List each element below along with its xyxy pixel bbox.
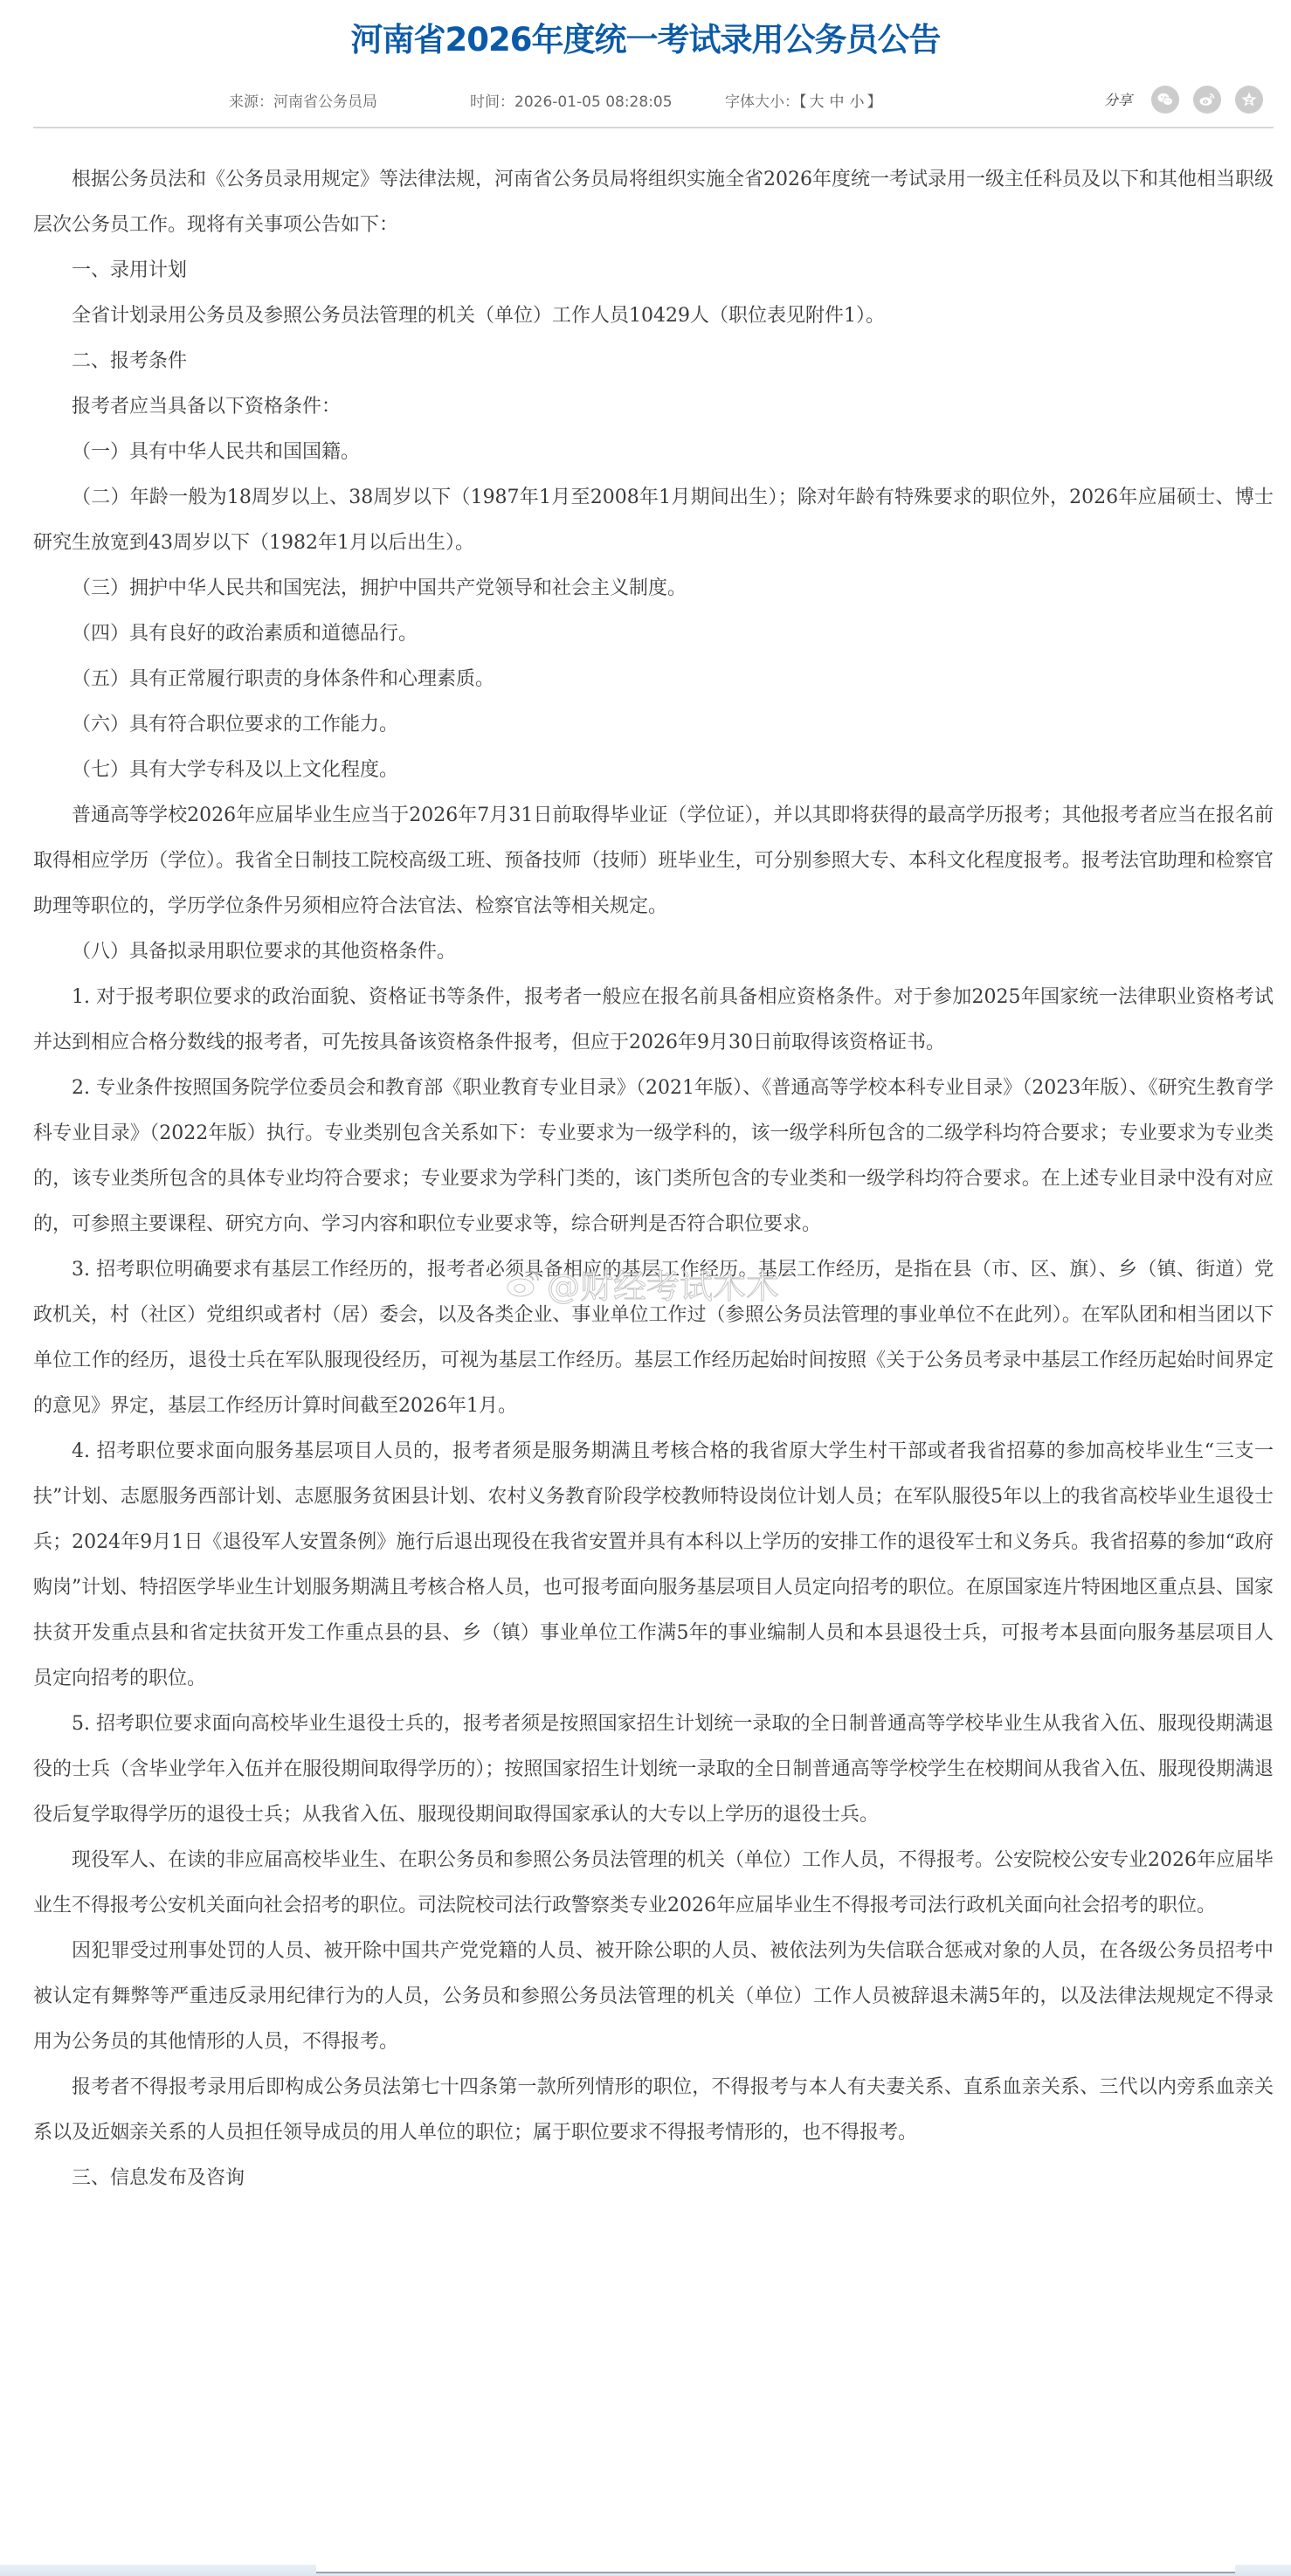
section-heading-3: 三、信息发布及咨询	[33, 2156, 1274, 2201]
weibo-icon[interactable]	[1193, 86, 1221, 114]
qzone-icon[interactable]	[1235, 86, 1263, 114]
numbered-item: 4. 招考职位要求面向服务基层项目人员的，报考者须是服务期满且考核合格的我省原大…	[33, 1429, 1274, 1702]
condition-item: （五）具有正常履行职责的身体条件和心理素质。	[33, 657, 1274, 702]
section-heading-1: 一、录用计划	[33, 248, 1274, 294]
font-size-large-button[interactable]: 大	[807, 93, 827, 111]
page-title: 河南省2026年度统一考试录用公务员公告	[0, 19, 1291, 61]
font-size-control: 字体大小：【大中小】	[725, 89, 882, 111]
paragraph: 普通高等学校2026年应届毕业生应当于2026年7月31日前取得毕业证（学位证）…	[33, 793, 1274, 929]
condition-item: （一）具有中华人民共和国国籍。	[33, 430, 1274, 475]
paragraph: 全省计划录用公务员及参照公务员法管理的机关（单位）工作人员10429人（职位表见…	[33, 294, 1274, 339]
source-label: 来源：河南省公务员局	[229, 89, 377, 111]
condition-item: （八）具备拟录用职位要求的其他资格条件。	[33, 929, 1274, 975]
article-meta: 来源：河南省公务员局 时间：2026-01-05 08:28:05 字体大小：【…	[0, 87, 1291, 112]
paragraph: 因犯罪受过刑事处罚的人员、被开除中国共产党党籍的人员、被开除公职的人员、被依法列…	[33, 1929, 1274, 2065]
font-size-small-button[interactable]: 小	[847, 93, 867, 111]
bracket-open: 【	[799, 93, 807, 111]
font-size-label: 字体大小：	[725, 93, 799, 111]
header-divider	[33, 127, 1274, 128]
numbered-item: 2. 专业条件按照国务院学位委员会和教育部《职业教育专业目录》（2021年版）、…	[33, 1066, 1274, 1247]
paragraph: 报考者不得报考录用后即构成公务员法第七十四条第一款所列情形的职位，不得报考与本人…	[33, 2065, 1274, 2156]
numbered-item: 1. 对于报考职位要求的政治面貌、资格证书等条件，报考者一般应在报名前具备相应资…	[33, 975, 1274, 1066]
article-body: 根据公务员法和《公务员录用规定》等法律法规，河南省公务员局将组织实施全省2026…	[33, 157, 1274, 2201]
condition-item: （三）拥护中华人民共和国宪法，拥护中国共产党领导和社会主义制度。	[33, 566, 1274, 611]
numbered-item: 3. 招考职位明确要求有基层工作经历的，报考者必须具备相应的基层工作经历。基层工…	[33, 1247, 1274, 1429]
section-heading-2: 二、报考条件	[33, 339, 1274, 384]
bracket-close: 】	[867, 93, 882, 111]
font-size-medium-button[interactable]: 中	[827, 93, 847, 111]
paragraph: 现役军人、在读的非应届高校毕业生、在职公务员和参照公务员法管理的机关（单位）工作…	[33, 1838, 1274, 1929]
publish-time: 时间：2026-01-05 08:28:05	[470, 89, 673, 111]
condition-item: （四）具有良好的政治素质和道德品行。	[33, 611, 1274, 657]
wechat-icon[interactable]	[1151, 86, 1179, 114]
condition-item: （六）具有符合职位要求的工作能力。	[33, 702, 1274, 748]
share-label: 分享	[1104, 89, 1132, 109]
paragraph-intro: 根据公务员法和《公务员录用规定》等法律法规，河南省公务员局将组织实施全省2026…	[33, 157, 1274, 248]
bottom-panel-edge	[316, 2565, 1235, 2573]
article-header: 河南省2026年度统一考试录用公务员公告 来源：河南省公务员局 时间：2026-…	[0, 0, 1291, 122]
numbered-item: 5. 招考职位要求面向高校毕业生退役士兵的，报考者须是按照国家招生计划统一录取的…	[33, 1702, 1274, 1838]
condition-item: （七）具有大学专科及以上文化程度。	[33, 748, 1274, 793]
paragraph: 报考者应当具备以下资格条件：	[33, 384, 1274, 430]
condition-item: （二）年龄一般为18周岁以上、38周岁以下（1987年1月至2008年1月期间出…	[33, 475, 1274, 566]
